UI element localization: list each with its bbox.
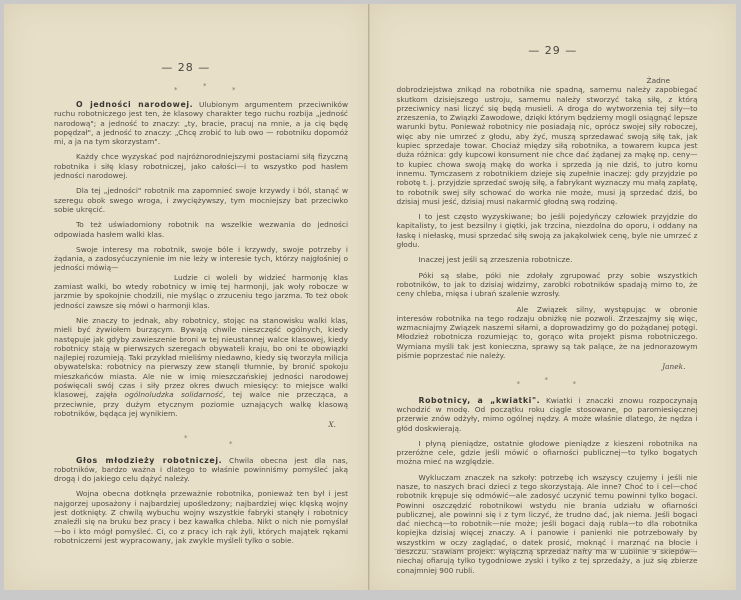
article-paragraph: Dla tej „jedności" robotnik ma zapomnieć… — [54, 186, 348, 214]
article-paragraph: Ludzie ci woleli by widzieć harmonję kla… — [54, 273, 348, 310]
page-number: — 29 — — [370, 44, 737, 57]
article-paragraph: Głos młodzieży robotniczej. Chwila obecn… — [54, 456, 348, 484]
ornament-stars: * * * — [4, 82, 368, 98]
article-paragraph: I płyną pieniądze, ostatnie głodowe pien… — [397, 439, 698, 467]
article-paragraph: Robotnicy, a „kwiatki". Kwiatki i znaczk… — [397, 396, 698, 433]
article-paragraph: Wykluczam znaczek na szkoły: potrzebę ic… — [397, 473, 698, 575]
article-heading: O jedności narodowej. — [76, 100, 193, 109]
article-paragraph: I to jest często wyzyskiwane; bo jeśli p… — [397, 212, 698, 249]
article-paragraph: Inaczej jest jeśli są zrzeszenia robotni… — [397, 255, 698, 264]
ornament-stars: * * — [54, 434, 348, 450]
article-heading: Głos młodzieży robotniczej. — [76, 456, 222, 465]
article-paragraph: Wojna obecna dotknęła przeważnie robotni… — [54, 489, 348, 545]
signature: Janek. — [397, 362, 698, 371]
article-paragraph: Nie znaczy to jednak, aby robotnicy, sto… — [54, 316, 348, 418]
article-heading: Robotnicy, a „kwiatki". — [419, 396, 541, 405]
article-paragraph: O jedności narodowej. Ulubionym argument… — [54, 100, 348, 146]
article-paragraph: Ale Związek silny, występując w obronie … — [397, 305, 698, 361]
article-paragraph: Każdy chce wyzyskać pod najróżnorodniejs… — [54, 152, 348, 180]
ornament-stars: * * * — [397, 376, 698, 392]
page-28: — 28 — * * * O jedności narodowej. Ulubi… — [4, 4, 369, 590]
page-rule — [394, 549, 694, 550]
article-paragraph: Póki są słabe, póki nie zdołały zgrupowa… — [397, 271, 698, 299]
page-29: — 29 — Żadne dobrodziejstwa znikąd na ro… — [369, 4, 737, 590]
book-spread: — 28 — * * * O jedności narodowej. Ulubi… — [4, 4, 736, 590]
right-column-text: Żadne dobrodziejstwa znikąd na robotnika… — [397, 76, 698, 581]
page-number: — 28 — — [4, 61, 368, 74]
article-paragraph: Żadne dobrodziejstwa znikąd na robotnika… — [397, 76, 698, 206]
signature: X. — [54, 420, 348, 429]
article-paragraph: Swoje interesy ma robotnik, swoje bóle i… — [54, 245, 348, 273]
article-paragraph: To też uświadomiony robotnik na wszelkie… — [54, 220, 348, 239]
left-column-text: O jedności narodowej. Ulubionym argument… — [54, 100, 348, 551]
emphasis: ogólnoludzka solidarność — [125, 390, 223, 399]
